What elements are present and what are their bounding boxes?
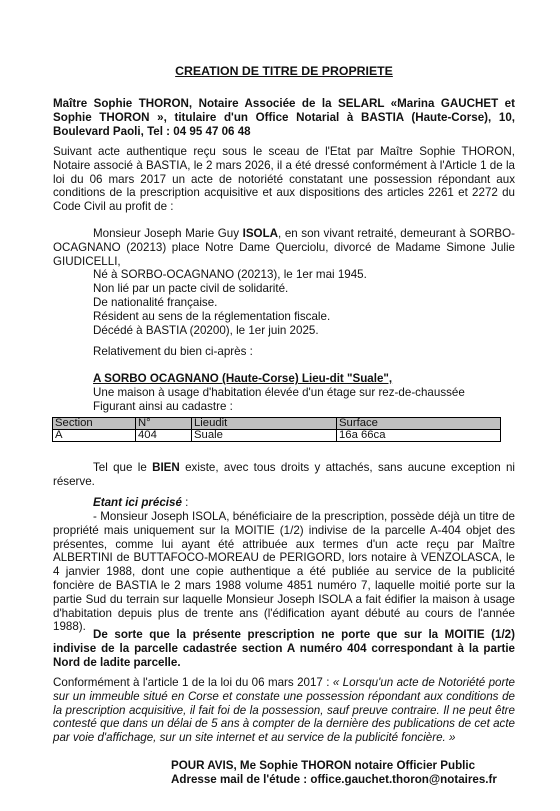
pacs-detail: Non lié par un pacte civil de solidarité… <box>93 282 515 296</box>
precision-paragraph: - Monsieur Joseph ISOLA, bénéficiaire de… <box>53 510 515 634</box>
cadastre-intro: Figurant ainsi au cadastre : <box>93 400 515 414</box>
cell-lieudit: Suale <box>192 430 337 442</box>
contact-line: Adresse mail de l'étude : office.gauchet… <box>171 773 497 787</box>
property-block: A SORBO OCAGNANO (Haute-Corse) Lieu-dit … <box>53 372 515 413</box>
beneficiary-name: Monsieur Joseph Marie Guy <box>93 227 243 240</box>
cell-surface: 16a 66ca <box>337 430 501 442</box>
property-description: Une maison à usage d'habitation élevée d… <box>93 386 515 400</box>
beneficiary-surname: ISOLA <box>243 227 278 240</box>
signature-block: POUR AVIS, Me Sophie THORON notaire Offi… <box>171 759 497 787</box>
cell-section: A <box>53 430 136 442</box>
document-title: CREATION DE TITRE DE PROPRIETE <box>53 65 515 79</box>
header-surface: Surface <box>337 418 501 430</box>
property-location: A SORBO OCAGNANO (Haute-Corse) Lieu-dit … <box>93 372 515 386</box>
table-header-row: Section N° Lieudit Surface <box>53 418 501 430</box>
residence-detail: Résident au sens de la réglementation fi… <box>93 310 515 324</box>
email-address[interactable]: office.gauchet.thoron@notaires.fr <box>310 773 497 786</box>
precision-heading: Etant ici précisé : <box>53 496 515 510</box>
rights-prefix: Tel que le <box>93 461 152 474</box>
cell-number: 404 <box>136 430 192 442</box>
law-reference-prefix: Conformément à l'article 1 de la loi du … <box>53 676 333 689</box>
header-section: Section <box>53 418 136 430</box>
bien-label: BIEN <box>152 461 180 474</box>
header-lieudit: Lieudit <box>192 418 337 430</box>
notary-header: Maître Sophie THORON, Notaire Associée d… <box>53 97 515 138</box>
property-intro: Relativement du bien ci-après : <box>53 345 515 359</box>
header-number: N° <box>136 418 192 430</box>
birth-detail: Né à SORBO-OCAGNANO (20213), le 1er mai … <box>93 268 515 282</box>
table-row: A 404 Suale 16a 66ca <box>53 430 501 442</box>
precision-heading-text: Etant ici précisé <box>93 496 182 509</box>
beneficiary-identity: Monsieur Joseph Marie Guy ISOLA, en son … <box>53 227 515 268</box>
law-reference: Conformément à l'article 1 de la loi du … <box>53 676 515 745</box>
beneficiary-block: Monsieur Joseph Marie Guy ISOLA, en son … <box>53 227 515 337</box>
nationality-detail: De nationalité française. <box>93 296 515 310</box>
rights-clause: Tel que le BIEN existe, avec tous droits… <box>53 461 515 489</box>
precision-heading-colon: : <box>182 496 188 509</box>
signature-line: POUR AVIS, Me Sophie THORON notaire Offi… <box>171 759 497 773</box>
death-detail: Décédé à BASTIA (20200), le 1er juin 202… <box>93 324 515 338</box>
beneficiary-details: Né à SORBO-OCAGNANO (20213), le 1er mai … <box>53 268 515 337</box>
cadastre-table: Section N° Lieudit Surface A 404 Suale 1… <box>52 417 501 442</box>
conclusion-paragraph: De sorte que la présente prescription ne… <box>53 628 515 669</box>
intro-paragraph: Suivant acte authentique reçu sous le sc… <box>53 145 515 214</box>
email-label: Adresse mail de l'étude : <box>171 773 310 786</box>
